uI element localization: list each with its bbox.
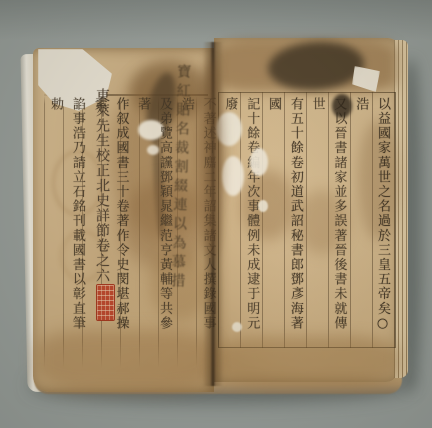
text-column: 以益國家萬世之名過於三皇五帝矣○浩 [349,97,393,343]
text-column: 又以晉書諸家並多誤著晉後書未就傳世 [306,97,350,343]
red-collection-seal [96,284,115,321]
right-page-text-block: 以益國家萬世之名過於三皇五帝矣○浩 又以晉書諸家並多誤著晉後書未就傳世 有五十餘… [219,97,393,343]
photo-of-open-antique-book: 東萊先生校正北史詳節卷之六 寶紅貼名裁割綴連以為慕措 以益國家萬世之名過於三皇五… [0,0,432,428]
gutter-crease [203,42,223,386]
text-column: 有五十餘卷初道武詔秘書郎鄧彥海著國 [262,97,306,343]
text-column: 諂事浩乃請立石銘刊載國書以彰直筆勅 [44,97,88,343]
text-column: 記十餘卷編年次事體例未成逮于明元廢 [219,97,263,343]
text-column: 及弟覽高讜鄧穎晁繼范亨黃輔等共參著 [131,97,175,343]
binding-edge [394,40,408,378]
